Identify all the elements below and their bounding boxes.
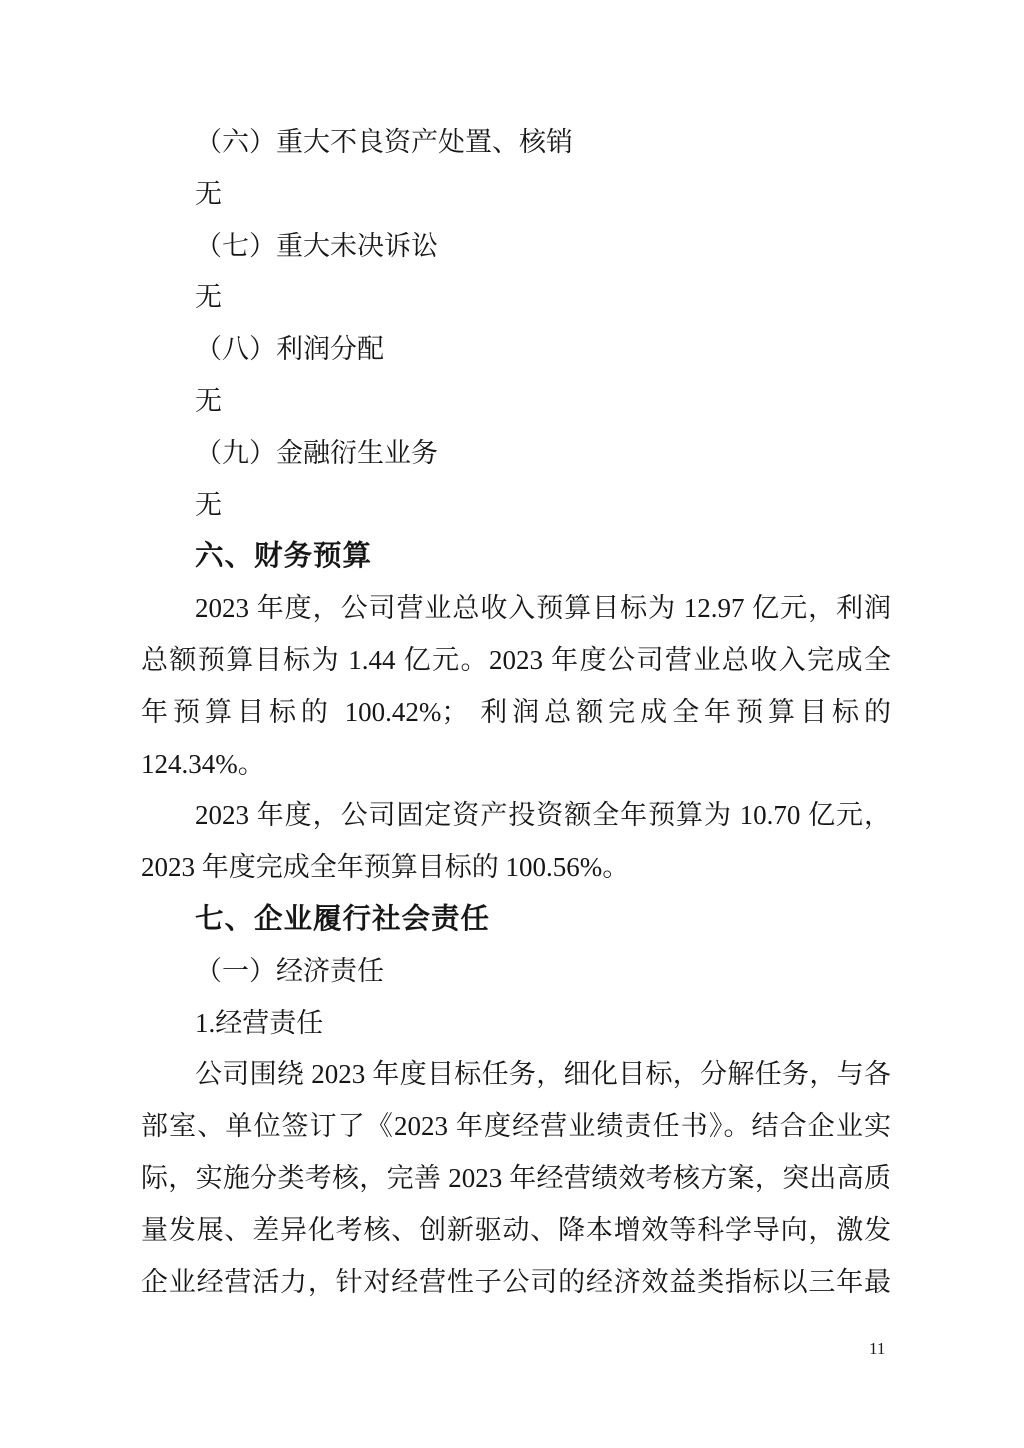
doc-line-none-value: 无: [141, 169, 891, 221]
doc-paragraph-line: 124.34%。: [141, 739, 891, 791]
doc-line-subheading-8: （八）利润分配: [141, 324, 891, 376]
doc-paragraph-line: 际，实施分类考核，完善 2023 年经营绩效考核方案，突出高质: [141, 1153, 891, 1205]
doc-paragraph-line: 部室、单位签订了《2023 年度经营业绩责任书》。结合企业实: [141, 1101, 891, 1153]
doc-line-subheading-economic: （一）经济责任: [141, 946, 891, 998]
doc-paragraph-line: 年预算目标的 100.42%； 利润总额完成全年预算目标的: [141, 687, 891, 739]
document-page: （六）重大不良资产处置、核销 无 （七）重大未决诉讼 无 （八）利润分配 无 （…: [0, 0, 1024, 1448]
document-text-block: （六）重大不良资产处置、核销 无 （七）重大未决诉讼 无 （八）利润分配 无 （…: [141, 117, 891, 1308]
doc-line-subheading-9: （九）金融衍生业务: [141, 428, 891, 480]
doc-paragraph-line: 公司围绕 2023 年度目标任务，细化目标，分解任务，与各: [141, 1049, 891, 1101]
doc-paragraph-line: 2023 年度，公司固定资产投资额全年预算为 10.70 亿元，: [141, 790, 891, 842]
doc-line-subheading-7: （七）重大未决诉讼: [141, 221, 891, 273]
page-number: 11: [869, 1337, 885, 1361]
section-heading-finance-budget: 六、财务预算: [141, 531, 891, 583]
doc-line-subheading-operating: 1.经营责任: [141, 998, 891, 1050]
doc-paragraph-line: 2023 年度完成全年预算目标的 100.56%。: [141, 842, 891, 894]
doc-line-none-value: 无: [141, 376, 891, 428]
doc-paragraph-line: 2023 年度，公司营业总收入预算目标为 12.97 亿元，利润: [141, 583, 891, 635]
section-heading-social-responsibility: 七、企业履行社会责任: [141, 894, 891, 946]
doc-paragraph-line: 企业经营活力，针对经营性子公司的经济效益类指标以三年最: [141, 1257, 891, 1309]
doc-line-subheading-6: （六）重大不良资产处置、核销: [141, 117, 891, 169]
doc-line-none-value: 无: [141, 480, 891, 532]
doc-paragraph-line: 量发展、差异化考核、创新驱动、降本增效等科学导向，激发: [141, 1205, 891, 1257]
doc-paragraph-line: 总额预算目标为 1.44 亿元。2023 年度公司营业总收入完成全: [141, 635, 891, 687]
doc-line-none-value: 无: [141, 272, 891, 324]
